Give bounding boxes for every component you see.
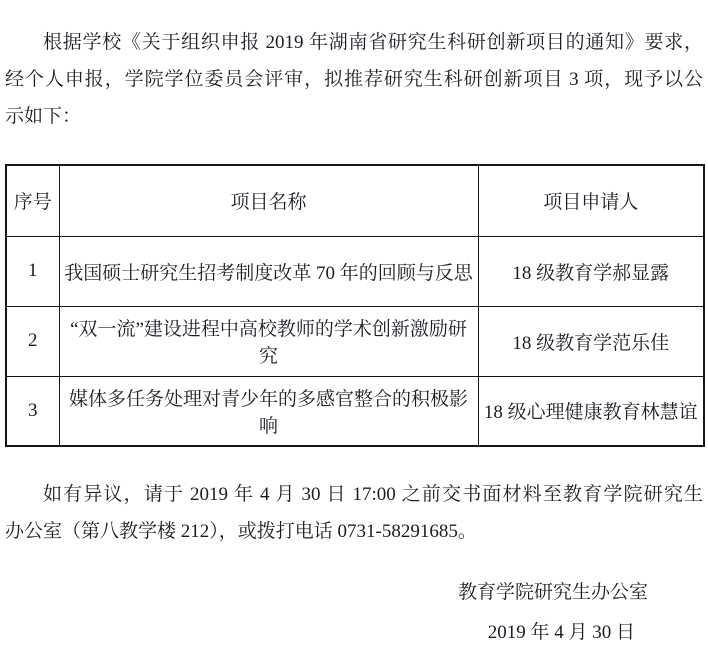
projects-table: 序号 项目名称 项目申请人 1 我国硕士研究生招考制度改革 70 年的回顾与反思…	[5, 164, 705, 447]
cell-project-name: 媒体多任务处理对青少年的多感官整合的积极影响	[59, 376, 478, 446]
table-row: 1 我国硕士研究生招考制度改革 70 年的回顾与反思 18 级教育学郝显露	[6, 236, 704, 306]
cell-project-name: 我国硕士研究生招考制度改革 70 年的回顾与反思	[59, 236, 478, 306]
notice-document: 根据学校《关于组织申报 2019 年湖南省研究生科研创新项目的通知》要求， 经个…	[0, 0, 708, 658]
cell-applicant: 18 级教育学范乐佳	[478, 306, 704, 376]
cell-serial: 3	[6, 376, 59, 446]
objection-line-2: 办公室（第八教学楼 212），或拨打电话 0731-58291685。	[5, 513, 703, 550]
intro-line-1: 根据学校《关于组织申报 2019 年湖南省研究生科研创新项目的通知》要求，	[5, 24, 703, 61]
objection-paragraph: 如有异议，请于 2019 年 4 月 30 日 17:00 之前交书面材料至教育…	[5, 476, 703, 550]
objection-line-1: 如有异议，请于 2019 年 4 月 30 日 17:00 之前交书面材料至教育…	[5, 476, 703, 513]
table-row: 3 媒体多任务处理对青少年的多感官整合的积极影响 18 级心理健康教育林慧谊	[6, 376, 704, 446]
cell-applicant: 18 级教育学郝显露	[478, 236, 704, 306]
cell-project-name: “双一流”建设进程中高校教师的学术创新激励研究	[59, 306, 478, 376]
signature-office: 教育学院研究生办公室	[0, 574, 708, 611]
table-row: 2 “双一流”建设进程中高校教师的学术创新激励研究 18 级教育学范乐佳	[6, 306, 704, 376]
col-header-project-name: 项目名称	[59, 165, 478, 236]
cell-serial: 1	[6, 236, 59, 306]
signature-date: 2019 年 4 月 30 日	[0, 614, 708, 651]
cell-serial: 2	[6, 306, 59, 376]
table-header-row: 序号 项目名称 项目申请人	[6, 165, 704, 236]
intro-paragraph: 根据学校《关于组织申报 2019 年湖南省研究生科研创新项目的通知》要求， 经个…	[5, 24, 703, 135]
col-header-serial: 序号	[6, 165, 59, 236]
intro-line-3: 示如下：	[5, 98, 703, 135]
col-header-applicant: 项目申请人	[478, 165, 704, 236]
intro-line-2: 经个人申报，学院学位委员会评审，拟推荐研究生科研创新项目 3 项，现予以公	[5, 61, 703, 98]
cell-applicant: 18 级心理健康教育林慧谊	[478, 376, 704, 446]
